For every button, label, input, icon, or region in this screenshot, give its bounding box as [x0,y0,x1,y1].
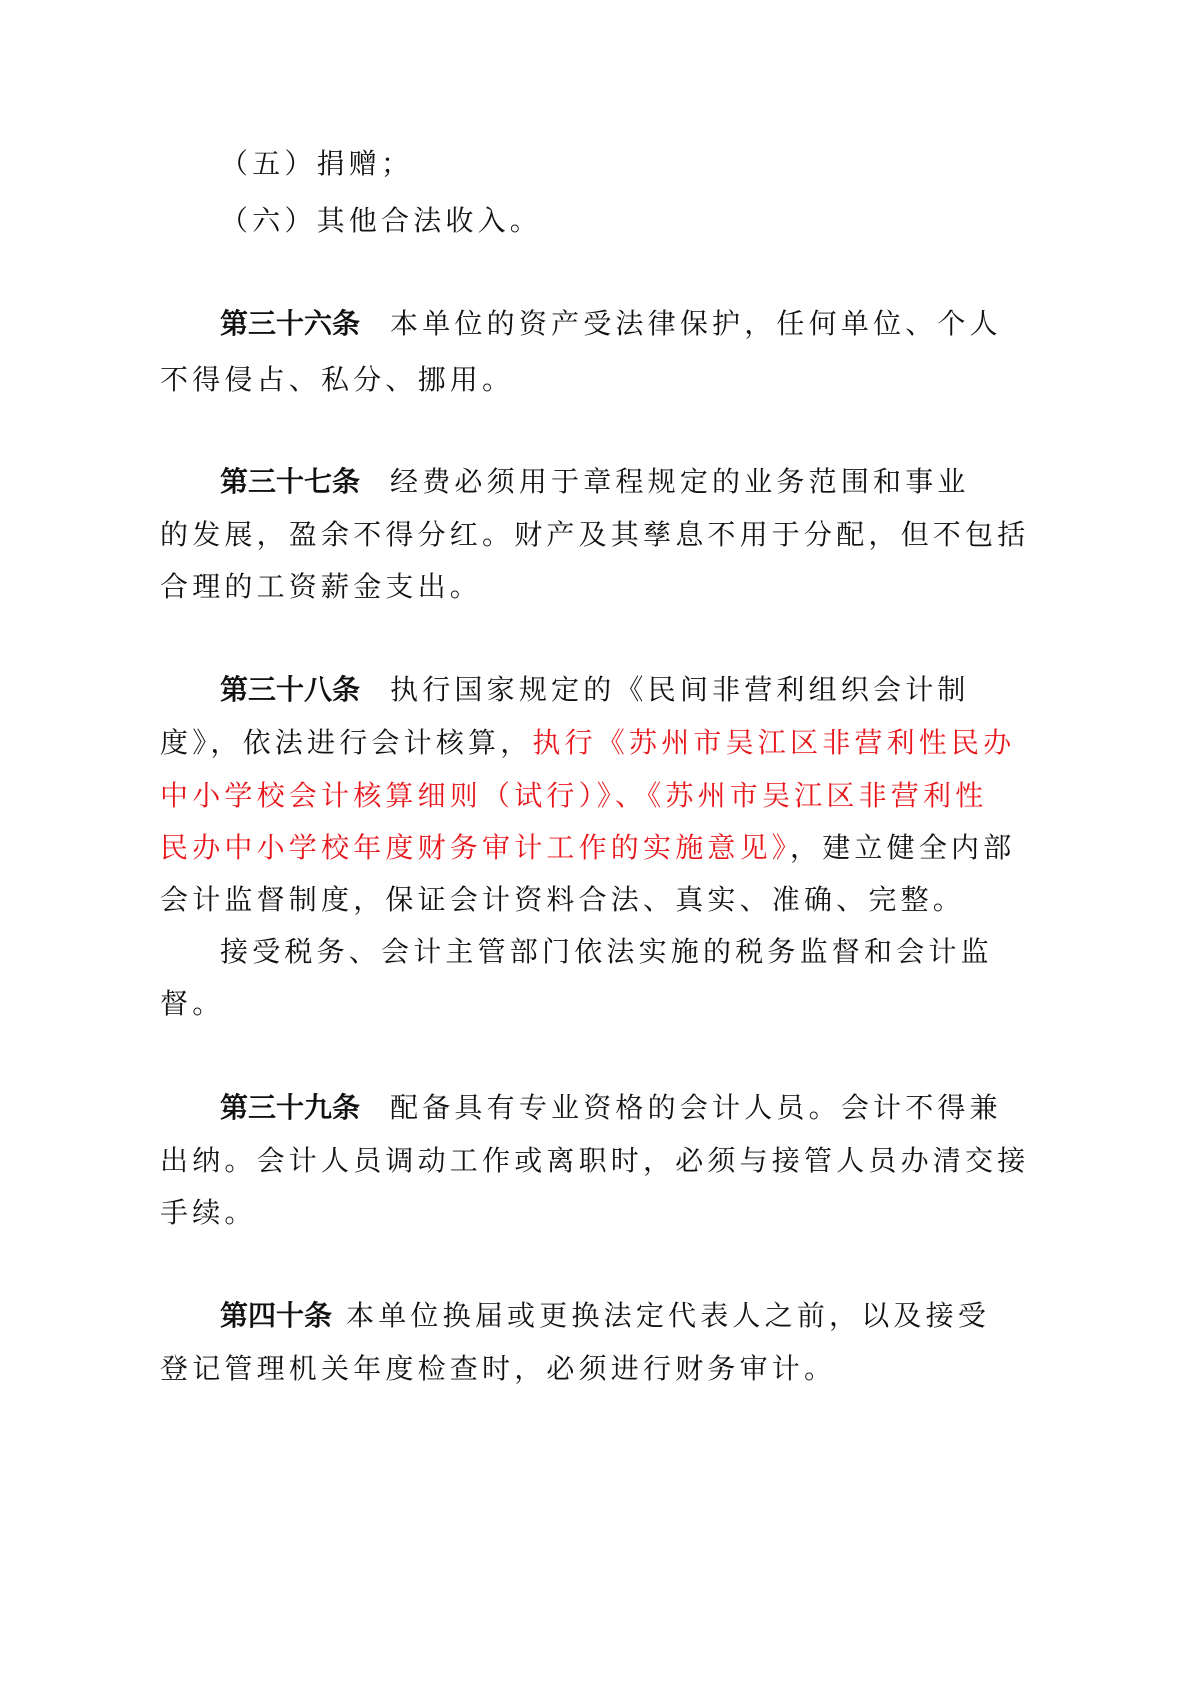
article-38-line-3: 中小学校会计核算细则（试行）》、《苏州市吴江区非营利性 [160,776,960,816]
list-item-other-income: （六）其他合法收入。 [220,201,1020,241]
article-40-text: 本单位换届或更换法定代表人之前，以及接受 [346,1299,990,1332]
article-38-highlight-text: 民办中小学校年度财务审计工作的实施意见》 [160,831,790,864]
article-37-line-2: 的发展，盈余不得分红。财产及其孳息不用于分配，但不包括 [160,515,960,555]
article-37-line-3: 合理的工资薪金支出。 [160,567,960,607]
article-39-line-2: 出纳。会计人员调动工作或离职时，必须与接管人员办清交接 [160,1141,960,1181]
article-40-line-2: 登记管理机关年度检查时，必须进行财务审计。 [160,1349,960,1389]
article-38-line-1: 第三十八条执行国家规定的《民间非营利组织会计制 [220,670,1020,710]
article-39-text: 配备具有专业资格的会计人员。会计不得兼 [390,1091,1002,1124]
article-38-text: 度》，依法进行会计核算， [160,726,532,759]
article-37-heading: 第三十七条 [220,465,360,498]
article-36-line-2: 不得侵占、私分、挪用。 [160,360,960,400]
article-39-line-3: 手续。 [160,1193,960,1233]
article-38-line-4: 民办中小学校年度财务审计工作的实施意见》，建立健全内部 [160,828,960,868]
article-36-text: 本单位的资产受法律保护，任何单位、个人 [390,307,1002,340]
article-38-highlight-text: 执行《苏州市吴江区非营利性民办 [532,726,1015,759]
article-38-line-2: 度》，依法进行会计核算，执行《苏州市吴江区非营利性民办 [160,723,960,763]
article-38-supervision-line-2: 督。 [160,984,960,1024]
article-40-heading: 第四十条 [220,1299,332,1332]
document-page: （五）捐赠； （六）其他合法收入。 第三十六条本单位的资产受法律保护，任何单位、… [0,0,1191,1684]
article-39-heading: 第三十九条 [220,1091,360,1124]
article-39-line-1: 第三十九条配备具有专业资格的会计人员。会计不得兼 [220,1088,1020,1128]
article-38-supervision-line-1: 接受税务、会计主管部门依法实施的税务监督和会计监 [220,932,1020,972]
article-37-text: 经费必须用于章程规定的业务范围和事业 [390,465,970,498]
article-36-heading: 第三十六条 [220,307,360,340]
article-40-line-1: 第四十条本单位换届或更换法定代表人之前，以及接受 [220,1296,1020,1336]
article-38-heading: 第三十八条 [220,673,360,706]
article-37-line-1: 第三十七条经费必须用于章程规定的业务范围和事业 [220,462,1020,502]
article-36-line-1: 第三十六条本单位的资产受法律保护，任何单位、个人 [220,304,1020,344]
list-item-donation: （五）捐赠； [220,144,1020,184]
article-38-text: 执行国家规定的《民间非营利组织会计制 [390,673,970,706]
article-38-line-5: 会计监督制度，保证会计资料合法、真实、准确、完整。 [160,880,960,920]
article-38-text: ，建立健全内部 [790,831,1015,864]
